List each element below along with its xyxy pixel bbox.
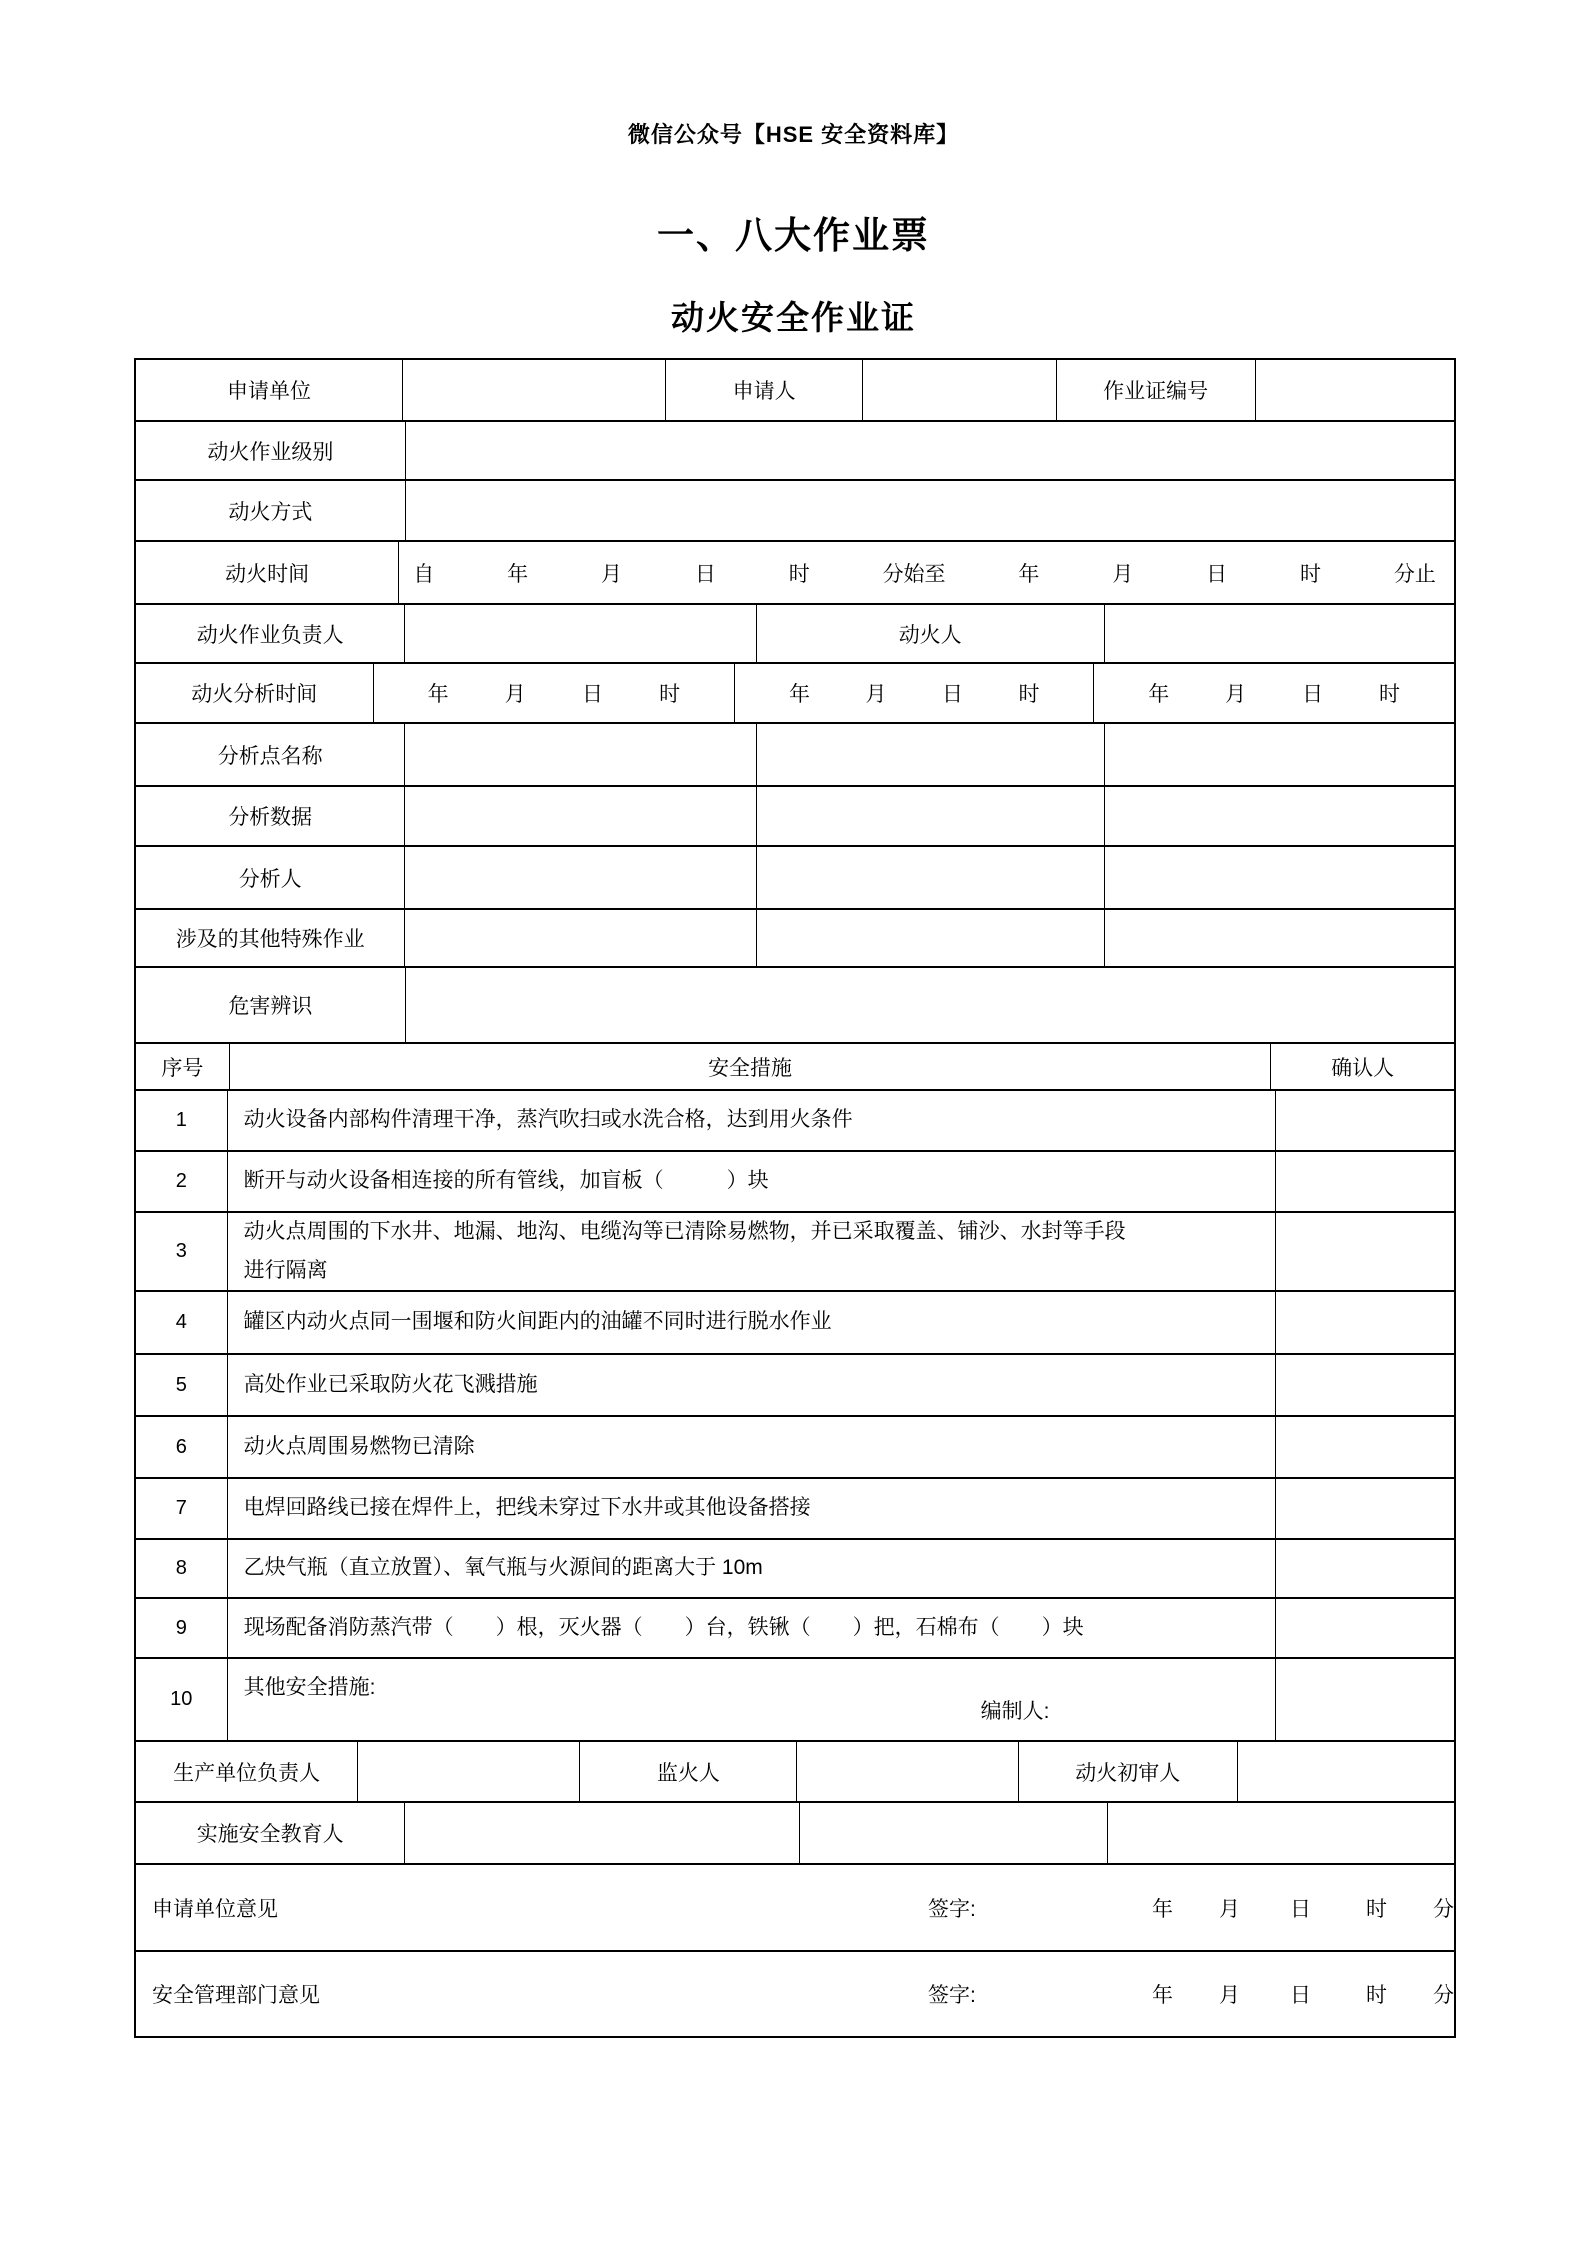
measure-row-8: 8 乙炔气瓶（直立放置）、氧气瓶与火源间的距离大于 10m — [136, 1540, 1454, 1599]
form-title: 动火安全作业证 — [0, 292, 1587, 339]
confirm-input-cell-5[interactable] — [1276, 1355, 1454, 1415]
row-fire-level: 动火作业级别 — [136, 422, 1454, 481]
analysis-time-input-cell-2[interactable]: 年 月 日 时 — [735, 664, 1094, 722]
watcher-input-cell[interactable] — [797, 1742, 1018, 1801]
applicant-unit-label: 申请单位 — [136, 360, 403, 420]
measure-no: 10 — [136, 1659, 228, 1740]
permit-no-input-cell[interactable] — [1256, 360, 1454, 420]
row-dept-opinion[interactable]: 安全管理部门意见 签字: 年 月 日 时 分 — [136, 1952, 1454, 2036]
other-special-input-cell-1[interactable] — [405, 910, 756, 966]
measure-no: 5 — [136, 1355, 228, 1415]
measure-text: 断开与动火设备相连接的所有管线，加盲板（ ）块 — [228, 1152, 1276, 1211]
watermark-text: 微信公众号【HSE 安全资料库】 — [0, 118, 1587, 149]
measure-no: 4 — [136, 1292, 228, 1353]
analyst-input-cell-3[interactable] — [1105, 847, 1454, 908]
unit-day: 日 — [582, 678, 603, 708]
measure-text: 乙炔气瓶（直立放置）、氧气瓶与火源间的距离大于 10m — [228, 1540, 1276, 1597]
unit-day: 日 — [942, 678, 963, 708]
applicant-input-cell[interactable] — [863, 360, 1056, 420]
unit-minute: 分 — [1433, 1893, 1454, 1923]
measure-text: 动火设备内部构件清理干净，蒸汽吹扫或水洗合格，达到用火条件 — [228, 1091, 1276, 1150]
permit-no-label: 作业证编号 — [1057, 360, 1256, 420]
unit-year: 年 — [1152, 1979, 1173, 2009]
col-measure-header: 安全措施 — [230, 1044, 1271, 1089]
row-hazard-id: 危害辨识 — [136, 968, 1454, 1044]
fire-person-label: 动火人 — [757, 605, 1105, 662]
unit-hour: 时 — [1018, 678, 1039, 708]
fire-method-input-cell[interactable] — [406, 481, 1454, 540]
applicant-unit-input-cell[interactable] — [403, 360, 666, 420]
other-special-input-cell-2[interactable] — [757, 910, 1105, 966]
applicant-label: 申请人 — [666, 360, 863, 420]
measure-text: 动火点周围易燃物已清除 — [228, 1417, 1276, 1477]
unit-month: 月 — [1219, 1979, 1240, 2009]
measure-text: 现场配备消防蒸汽带（ ）根，灭火器（ ）台，铁锹（ ）把，石棉布（ ）块 — [228, 1599, 1276, 1657]
unit-day: 日 — [1290, 1979, 1311, 2009]
fire-person-input-cell[interactable] — [1105, 605, 1454, 662]
row-analysis-data: 分析数据 — [136, 787, 1454, 847]
measure-row-9: 9 现场配备消防蒸汽带（ ）根，灭火器（ ）台，铁锹（ ）把，石棉布（ ）块 — [136, 1599, 1454, 1659]
row-producer: 生产单位负责人 监火人 动火初审人 — [136, 1742, 1454, 1803]
confirm-input-cell-10[interactable] — [1276, 1659, 1454, 1740]
other-special-input-cell-3[interactable] — [1105, 910, 1454, 966]
document-page: 微信公众号【HSE 安全资料库】 一、八大作业票 动火安全作业证 申请单位 申请… — [0, 0, 1587, 2245]
confirm-input-cell-8[interactable] — [1276, 1540, 1454, 1597]
unit-hour: 时 — [1366, 1893, 1387, 1923]
row-analysis-time: 动火分析时间 年 月 日 时 年 月 日 时 年 月 日 时 — [136, 664, 1454, 724]
unit-day: 日 — [1302, 678, 1323, 708]
measure-no: 6 — [136, 1417, 228, 1477]
token-from: 自 — [413, 558, 434, 588]
analysis-point-input-cell-1[interactable] — [405, 724, 756, 785]
measure-row-10: 10 其他安全措施: 编制人: — [136, 1659, 1454, 1742]
educator-input-cell-1[interactable] — [405, 1803, 799, 1863]
unit-minute: 分 — [1433, 1979, 1454, 2009]
sign-label: 签字: — [928, 1979, 976, 2009]
measure-row-3: 3 动火点周围的下水井、地漏、地沟、电缆沟等已清除易燃物，并已采取覆盖、铺沙、水… — [136, 1213, 1454, 1292]
token-min-end: 分止 — [1394, 558, 1436, 588]
fire-leader-input-cell[interactable] — [405, 605, 756, 662]
fire-leader-label: 动火作业负责人 — [136, 605, 405, 662]
measure-row-2: 2 断开与动火设备相连接的所有管线，加盲板（ ）块 — [136, 1152, 1454, 1213]
measure-text-other[interactable]: 其他安全措施: 编制人: — [228, 1659, 1276, 1740]
row-applicant: 申请单位 申请人 作业证编号 — [136, 360, 1454, 422]
other-special-label: 涉及的其他特殊作业 — [136, 910, 405, 966]
confirm-input-cell-4[interactable] — [1276, 1292, 1454, 1353]
fire-level-label: 动火作业级别 — [136, 422, 406, 479]
analysis-data-input-cell-2[interactable] — [757, 787, 1105, 845]
fire-level-input-cell[interactable] — [406, 422, 1454, 479]
analysis-time-input-cell-3[interactable]: 年 月 日 时 — [1094, 664, 1454, 722]
token-year2: 年 — [1018, 558, 1039, 588]
measure-no: 7 — [136, 1479, 228, 1538]
token-hour: 时 — [789, 558, 810, 588]
measure-row-5: 5 高处作业已采取防火花飞溅措施 — [136, 1355, 1454, 1417]
fire-time-label: 动火时间 — [136, 542, 399, 603]
token-year: 年 — [507, 558, 528, 588]
measure-text: 电焊回路线已接在焊件上，把线未穿过下水井或其他设备搭接 — [228, 1479, 1276, 1538]
unit-month: 月 — [1225, 678, 1246, 708]
measure-row-4: 4 罐区内动火点同一围堰和防火间距内的油罐不同时进行脱水作业 — [136, 1292, 1454, 1355]
row-fire-method: 动火方式 — [136, 481, 1454, 542]
confirm-input-cell-7[interactable] — [1276, 1479, 1454, 1538]
confirm-input-cell-3[interactable] — [1276, 1213, 1454, 1290]
analysis-point-label: 分析点名称 — [136, 724, 405, 785]
row-analysis-point: 分析点名称 — [136, 724, 1454, 787]
dept-opinion-label: 安全管理部门意见 — [152, 1979, 320, 2009]
unit-hour: 时 — [1366, 1979, 1387, 2009]
measure-text: 罐区内动火点同一围堰和防火间距内的油罐不同时进行脱水作业 — [228, 1292, 1276, 1353]
first-reviewer-input-cell[interactable] — [1238, 1742, 1454, 1801]
measures-header-row: 序号 安全措施 确认人 — [136, 1044, 1454, 1091]
token-day: 日 — [695, 558, 716, 588]
measure-row-7: 7 电焊回路线已接在焊件上，把线未穿过下水井或其他设备搭接 — [136, 1479, 1454, 1540]
applicant-opinion-label: 申请单位意见 — [152, 1893, 278, 1923]
first-reviewer-label: 动火初审人 — [1019, 1742, 1238, 1801]
educator-input-cell-3[interactable] — [1108, 1803, 1454, 1863]
hazard-id-label: 危害辨识 — [136, 968, 406, 1042]
educator-input-cell-2[interactable] — [800, 1803, 1108, 1863]
analyst-label: 分析人 — [136, 847, 405, 908]
row-fire-time: 动火时间 自 年 月 日 时 分始至 年 月 日 时 分止 — [136, 542, 1454, 605]
measure-row-6: 6 动火点周围易燃物已清除 — [136, 1417, 1454, 1479]
confirm-input-cell-2[interactable] — [1276, 1152, 1454, 1211]
analysis-point-input-cell-2[interactable] — [757, 724, 1105, 785]
unit-hour: 时 — [1379, 678, 1400, 708]
col-confirm-header: 确认人 — [1271, 1044, 1454, 1089]
producer-input-cell[interactable] — [358, 1742, 580, 1801]
token-day2: 日 — [1206, 558, 1227, 588]
watcher-label: 监火人 — [580, 1742, 797, 1801]
unit-year: 年 — [1148, 678, 1169, 708]
measure-text: 动火点周围的下水井、地漏、地沟、电缆沟等已清除易燃物，并已采取覆盖、铺沙、水封等… — [228, 1213, 1276, 1290]
measure-no: 1 — [136, 1091, 228, 1150]
analysis-time-input-cell-1[interactable]: 年 月 日 时 — [374, 664, 736, 722]
measure-no: 3 — [136, 1213, 228, 1290]
analysis-data-input-cell-3[interactable] — [1105, 787, 1454, 845]
row-analyst: 分析人 — [136, 847, 1454, 910]
col-no-header: 序号 — [136, 1044, 230, 1089]
unit-year: 年 — [428, 678, 449, 708]
token-month2: 月 — [1112, 558, 1133, 588]
producer-label: 生产单位负责人 — [136, 1742, 358, 1801]
analysis-time-label: 动火分析时间 — [136, 664, 374, 722]
unit-month: 月 — [1219, 1893, 1240, 1923]
compiler-label: 编制人: — [981, 1693, 1050, 1732]
analyst-input-cell-1[interactable] — [405, 847, 756, 908]
analysis-data-input-cell-1[interactable] — [405, 787, 756, 845]
confirm-input-cell-9[interactable] — [1276, 1599, 1454, 1657]
analysis-point-input-cell-3[interactable] — [1105, 724, 1454, 785]
measure-no: 8 — [136, 1540, 228, 1597]
unit-year: 年 — [789, 678, 810, 708]
fire-time-input-cell[interactable]: 自 年 月 日 时 分始至 年 月 日 时 分止 — [399, 542, 1454, 603]
token-hour2: 时 — [1300, 558, 1321, 588]
confirm-input-cell-1[interactable] — [1276, 1091, 1454, 1150]
confirm-input-cell-6[interactable] — [1276, 1417, 1454, 1477]
row-educator: 实施安全教育人 — [136, 1803, 1454, 1865]
permit-form-table: 申请单位 申请人 作业证编号 动火作业级别 动火方式 动火时间 自 年 月 日 — [134, 358, 1456, 2038]
token-min-start: 分始至 — [883, 558, 946, 588]
analysis-data-label: 分析数据 — [136, 787, 405, 845]
hazard-id-input-cell[interactable] — [406, 968, 1454, 1042]
measure-no: 9 — [136, 1599, 228, 1657]
educator-label: 实施安全教育人 — [136, 1803, 405, 1863]
unit-year: 年 — [1152, 1893, 1173, 1923]
measure-no: 2 — [136, 1152, 228, 1211]
row-applicant-opinion[interactable]: 申请单位意见 签字: 年 月 日 时 分 — [136, 1865, 1454, 1952]
sign-label: 签字: — [928, 1893, 976, 1923]
fire-method-label: 动火方式 — [136, 481, 406, 540]
measure-row-1: 1 动火设备内部构件清理干净，蒸汽吹扫或水洗合格，达到用火条件 — [136, 1091, 1454, 1152]
analyst-input-cell-2[interactable] — [757, 847, 1105, 908]
row-fire-leader: 动火作业负责人 动火人 — [136, 605, 1454, 664]
measure-text: 高处作业已采取防火花飞溅措施 — [228, 1355, 1276, 1415]
section-title: 一、八大作业票 — [0, 205, 1587, 259]
unit-month: 月 — [505, 678, 526, 708]
token-month: 月 — [601, 558, 622, 588]
unit-day: 日 — [1290, 1893, 1311, 1923]
unit-hour: 时 — [659, 678, 680, 708]
row-other-special: 涉及的其他特殊作业 — [136, 910, 1454, 968]
other-measures-label: 其他安全措施: — [244, 1669, 376, 1708]
unit-month: 月 — [865, 678, 886, 708]
